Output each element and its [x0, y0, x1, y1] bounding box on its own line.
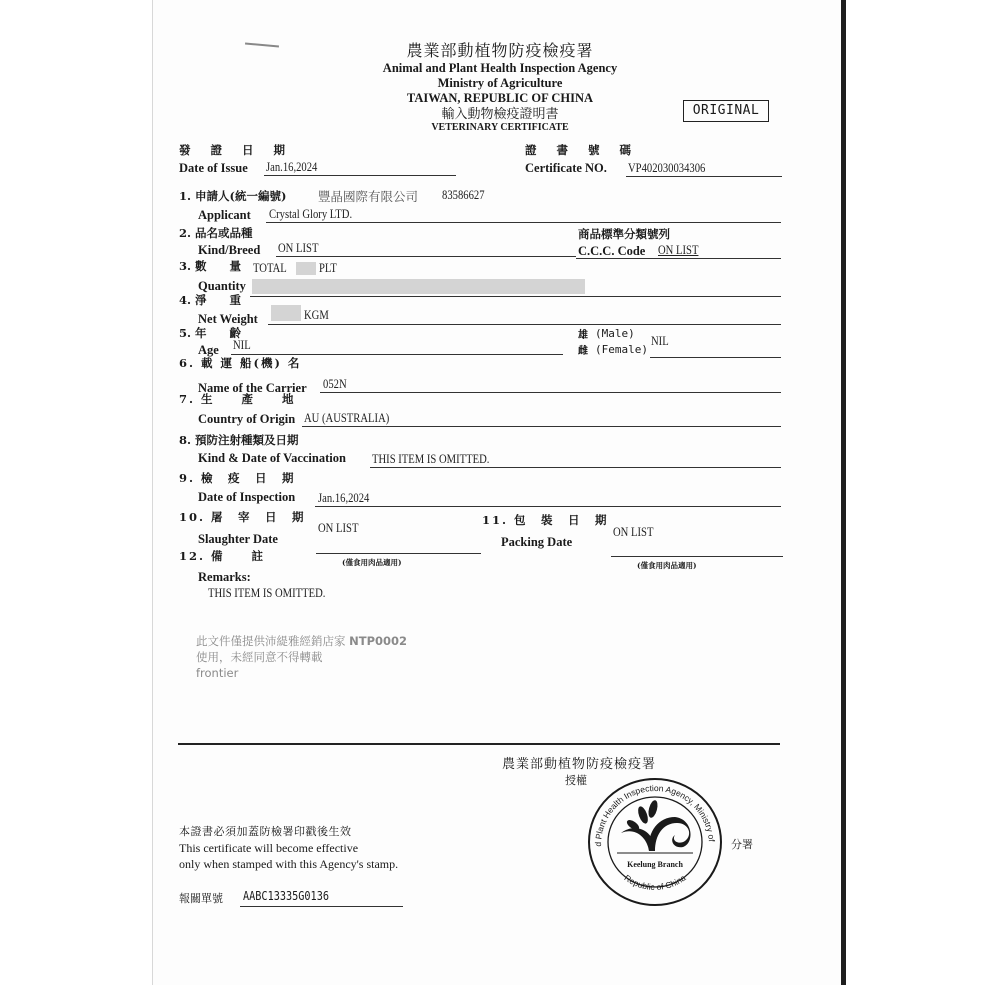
sex-male-zh: 雄: [578, 326, 588, 341]
applicant-value: Crystal Glory LTD.: [269, 207, 352, 222]
customs-label-zh: 報關單號: [179, 890, 223, 906]
remarks-label-zh: 12. 備 註: [179, 548, 265, 564]
origin-value: AU (AUSTRALIA): [304, 411, 389, 426]
kind-value: ON LIST: [278, 241, 318, 256]
issue-date-value: Jan.16,2024: [266, 160, 317, 175]
sex-female-zh: 雌: [578, 342, 588, 357]
quantity-detail-redaction: [252, 279, 585, 294]
ccc-line: [576, 258, 781, 259]
applicant-label: Applicant: [198, 208, 251, 223]
watermark-line2: 使用，未經同意不得轉載: [196, 649, 407, 665]
slaughter-label: Slaughter Date: [198, 532, 278, 547]
issue-date-label-zh: 發 證 日 期: [179, 142, 293, 158]
ccc-label: C.C.C. Code: [578, 244, 645, 259]
certificate-no-label: Certificate NO.: [525, 161, 607, 176]
issue-date-line: [264, 175, 456, 176]
inspection-value: Jan.16,2024: [318, 491, 369, 506]
net-weight-redaction: [271, 305, 301, 321]
remarks-label: Remarks:: [198, 570, 251, 585]
packing-label: Packing Date: [501, 535, 572, 550]
stamp-branch: Keelung Branch: [627, 860, 683, 869]
age-label-zh: 5. 年 齡: [179, 325, 241, 341]
carrier-line: [320, 392, 781, 393]
applicant-label-zh: 1. 申請人(統一編號): [179, 188, 286, 204]
slaughter-value: ON LIST: [318, 521, 358, 536]
kind-line: [276, 256, 576, 257]
distributor-watermark: 此文件僅提供沛緹雅經銷店家 NTP0002 使用，未經同意不得轉載 fronti…: [196, 633, 407, 681]
applicant-name-zh: 豐晶國際有限公司: [318, 187, 418, 205]
inspection-label: Date of Inspection: [198, 490, 295, 505]
effective-note-zh: 本證書必須加蓋防檢署印戳後生效: [179, 823, 352, 839]
doc-title-zh: 輸入動物檢疫證明書: [330, 103, 670, 122]
inspection-label-zh: 9. 檢 疫 日 期: [179, 470, 296, 486]
vaccination-label-zh: 8. 預防注射種類及日期: [179, 432, 299, 448]
age-value: NIL: [233, 338, 251, 353]
plant-logo-icon: [621, 799, 691, 851]
branch-suffix-zh: 分署: [731, 836, 753, 852]
net-weight-label-zh: 4. 淨 重: [179, 292, 241, 308]
doc-title-en: VETERINARY CERTIFICATE: [330, 122, 670, 133]
carrier-label-zh: 6. 載 運 船(機) 名: [179, 355, 301, 371]
ccc-value: ON LIST: [658, 243, 698, 258]
remarks-value: THIS ITEM IS OMITTED.: [208, 586, 325, 601]
page-edge: [841, 0, 846, 985]
slaughter-label-zh: 10. 屠 宰 日 期: [179, 509, 306, 525]
origin-label-zh: 7. 生 產 地: [179, 391, 296, 407]
origin-label: Country of Origin: [198, 412, 295, 427]
watermark-line3: frontier: [196, 665, 407, 681]
applicant-tax-id: 83586627: [442, 188, 485, 203]
certificate-no-value: VP402030034306: [628, 161, 705, 176]
inspection-line: [315, 506, 781, 507]
effective-note-en-2: only when stamped with this Agency's sta…: [179, 857, 398, 872]
watermark-line1: 此文件僅提供沛緹雅經銷店家: [196, 634, 346, 648]
agency-title-en: Animal and Plant Health Inspection Agenc…: [330, 61, 670, 76]
sex-line: [650, 357, 781, 358]
kind-label-zh: 2. 品名或品種: [179, 225, 253, 241]
footer-agency-zh: 農業部動植物防疫檢疫署: [502, 753, 656, 772]
quantity-count-redaction: [296, 262, 316, 275]
agency-title-zh: 農業部動植物防疫檢疫署: [360, 38, 640, 61]
slaughter-line: [316, 553, 481, 554]
customs-number: AABC13335G0136: [243, 889, 329, 903]
vaccination-line: [370, 467, 781, 468]
certificate-no-line: [626, 176, 782, 177]
packing-line: [611, 556, 783, 557]
quantity-prefix: TOTAL: [253, 261, 287, 276]
sex-value: NIL: [651, 334, 669, 349]
authorized-zh: 授權: [565, 772, 587, 788]
slaughter-note: (僅食用肉品適用): [342, 557, 402, 568]
sex-male-en: (Male): [595, 327, 635, 340]
certificate-no-label-zh: 證 書 號 碼: [525, 142, 639, 158]
customs-line: [240, 906, 403, 907]
net-weight-line: [268, 324, 781, 325]
origin-line: [302, 426, 781, 427]
footer-divider: [178, 743, 780, 745]
quantity-unit: PLT: [319, 261, 337, 276]
ccc-label-zh: 商品標準分類號列: [578, 226, 670, 242]
issue-date-label: Date of Issue: [179, 161, 248, 176]
carrier-value: 052N: [323, 377, 347, 392]
kind-label: Kind/Breed: [198, 243, 260, 258]
vaccination-label: Kind & Date of Vaccination: [198, 451, 346, 466]
stamp-bottom-text: Republic of China: [623, 872, 688, 892]
packing-value: ON LIST: [613, 525, 653, 540]
effective-note-en-1: This certificate will become effective: [179, 841, 358, 856]
watermark-code: NTP0002: [349, 634, 407, 648]
ministry-title: Ministry of Agriculture: [330, 76, 670, 91]
packing-note: (僅食用肉品適用): [637, 560, 697, 571]
net-weight-unit: KGM: [304, 308, 329, 323]
vaccination-value: THIS ITEM IS OMITTED.: [372, 452, 489, 467]
quantity-line: [250, 296, 781, 297]
sex-female-en: (Female): [595, 343, 648, 356]
svg-text:Republic of China: Republic of China: [623, 872, 688, 892]
packing-label-zh: 11. 包 裝 日 期: [482, 512, 609, 528]
quantity-label-zh: 3. 數 量: [179, 258, 241, 274]
applicant-line: [266, 222, 781, 223]
original-badge: ORIGINAL: [683, 100, 769, 122]
agency-stamp: Animal and Plant Health Inspection Agenc…: [585, 775, 725, 910]
